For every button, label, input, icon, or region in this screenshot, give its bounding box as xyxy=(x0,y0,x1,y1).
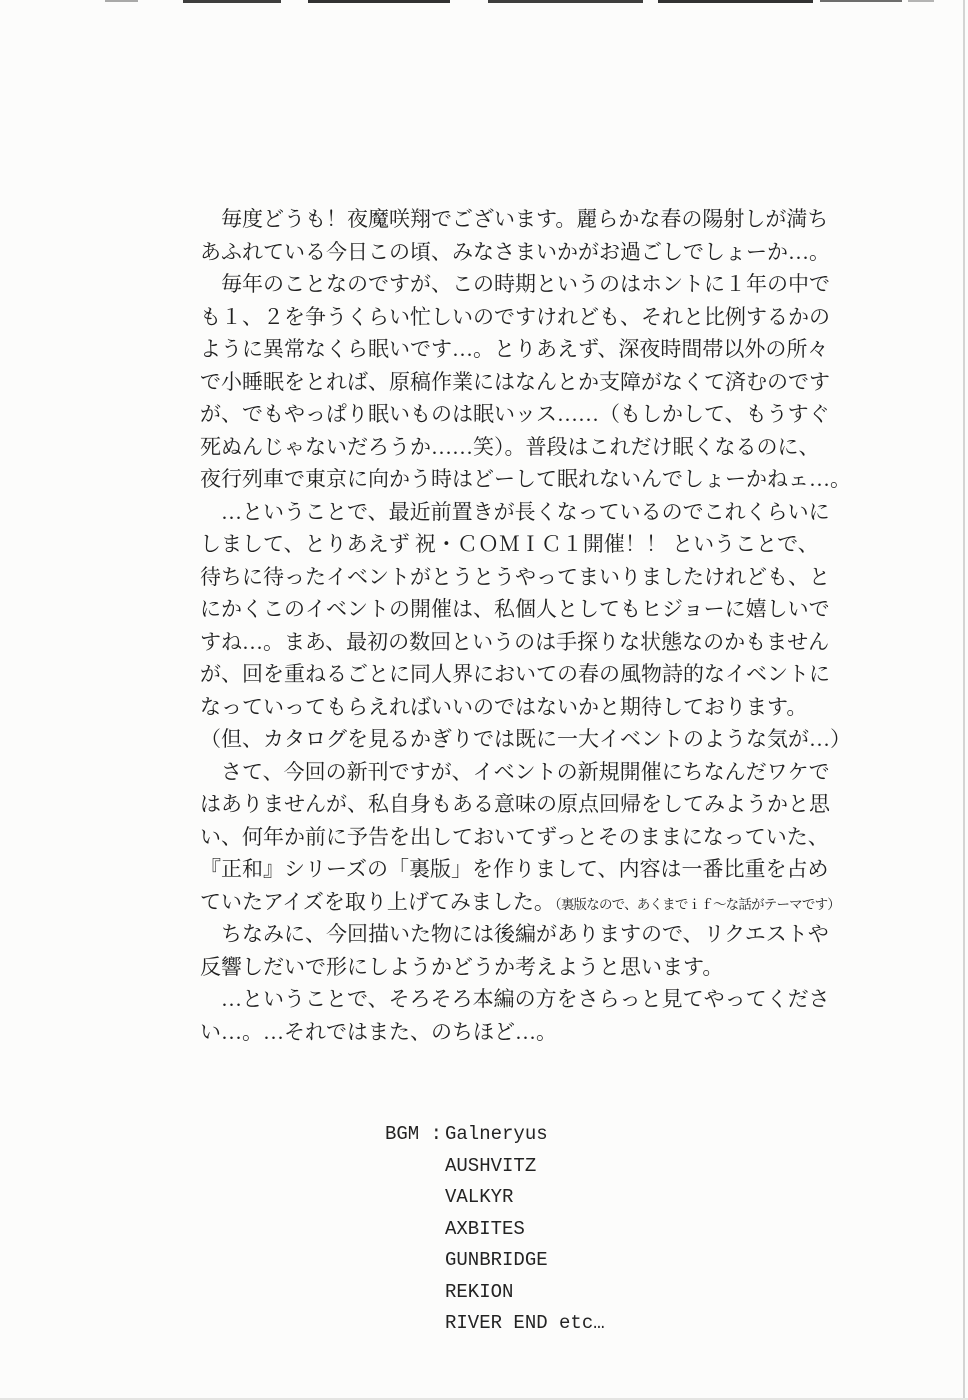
afterword-line-text: が、でもやっぱり眠いものは眠いッス……（もしかして、もうすぐ xyxy=(200,402,830,426)
scan-artifact-streak xyxy=(105,0,138,2)
afterword-line: が、でもやっぱり眠いものは眠いッス……（もしかして、もうすぐ xyxy=(200,398,880,431)
bgm-item: REKION xyxy=(445,1277,513,1309)
bgm-label-spacer xyxy=(385,1308,445,1340)
afterword-line-text: 夜行列車で東京に向かう時はどーして眠れないんでしょーかねェ…。 xyxy=(200,467,851,491)
afterword-line-text: ように異常なくら眠いです…。とりあえず、深夜時間帯以外の所々 xyxy=(200,337,828,361)
afterword-text-block: 毎度どうも！夜魔咲翔でございます。麗らかな春の陽射しが満ちあふれている今日この頃… xyxy=(200,203,880,1048)
scan-artifact-streak xyxy=(658,0,813,3)
afterword-line: い…。…それではまた、のちほど…。 xyxy=(200,1016,880,1049)
afterword-line: 毎年のことなのですが、この時期というのはホントに１年の中で xyxy=(200,268,880,301)
afterword-line: 『正和』シリーズの「裏版」を作りまして、内容は一番比重を占め xyxy=(200,853,880,886)
afterword-line-text: 反響しだいで形にしようかどうか考えようと思います。 xyxy=(200,955,723,979)
afterword-line-text: なっていってもらえればいいのではないかと期待しております。 xyxy=(200,695,807,719)
afterword-line: …ということで、最近前置きが長くなっているのでこれくらいに xyxy=(200,496,880,529)
afterword-line: あふれている今日この頃、みなさまいかがお過ごしでしょーか…。 xyxy=(200,236,880,269)
bgm-label: BGM : xyxy=(385,1119,445,1151)
afterword-line: 反響しだいで形にしようかどうか考えようと思います。 xyxy=(200,951,880,984)
afterword-line-text: はありませんが、私自身もある意味の原点回帰をしてみようかと思 xyxy=(200,792,830,816)
afterword-line-text: …ということで、そろそろ本編の方をさらっと見てやってくださ xyxy=(221,987,830,1011)
afterword-line-text: で小睡眠をとれば、原稿作業にはなんとか支障がなくて済むのです xyxy=(200,370,830,394)
bgm-item: GUNBRIDGE xyxy=(445,1245,548,1277)
bgm-item: VALKYR xyxy=(445,1182,513,1214)
afterword-line-text: にかくこのイベントの開催は、私個人としてもヒジョーに嬉しいで xyxy=(200,597,830,621)
afterword-line-text: い…。…それではまた、のちほど…。 xyxy=(200,1020,557,1044)
afterword-line-text: い、何年か前に予告を出しておいてずっとそのままになっていた、 xyxy=(200,825,829,849)
afterword-line: ちなみに、今回描いた物には後編がありますので、リクエストや xyxy=(200,918,880,951)
afterword-line-text: しまして、とりあえず 祝・ＣＯＭＩＣ１開催！！ ということで、 xyxy=(200,532,819,556)
afterword-line-text: 毎年のことなのですが、この時期というのはホントに１年の中で xyxy=(221,272,830,296)
afterword-small-note: （裏版なので、あくまでｉｆ～な話がテーマです） xyxy=(555,897,840,912)
afterword-line-text: 待ちに待ったイベントがとうとうやってまいりましたけれども、と xyxy=(200,565,830,589)
bgm-row: RIVER END etc… xyxy=(385,1308,605,1340)
afterword-line: ていたアイズを取り上げてみました。（裏版なので、あくまでｉｆ～な話がテーマです） xyxy=(200,886,880,919)
afterword-line: にかくこのイベントの開催は、私個人としてもヒジョーに嬉しいで xyxy=(200,593,880,626)
afterword-line: 毎度どうも！夜魔咲翔でございます。麗らかな春の陽射しが満ち xyxy=(200,203,880,236)
afterword-line: ように異常なくら眠いです…。とりあえず、深夜時間帯以外の所々 xyxy=(200,333,880,366)
afterword-line: …ということで、そろそろ本編の方をさらっと見てやってくださ xyxy=(200,983,880,1016)
bgm-item: AUSHVITZ xyxy=(445,1151,536,1183)
afterword-line: も１、２を争うくらい忙しいのですけれども、それと比例するかの xyxy=(200,301,880,334)
afterword-line: で小睡眠をとれば、原稿作業にはなんとか支障がなくて済むのです xyxy=(200,366,880,399)
scan-artifact-streak xyxy=(308,0,450,3)
afterword-line-text: が、回を重ねるごとに同人界においての春の風物詩的なイベントに xyxy=(200,662,830,686)
bgm-row: GUNBRIDGE xyxy=(385,1245,605,1277)
bgm-item: AXBITES xyxy=(445,1214,525,1246)
bgm-row: REKION xyxy=(385,1277,605,1309)
scan-artifact-streak xyxy=(820,0,902,2)
bgm-list: BGM :GalneryusAUSHVITZVALKYRAXBITESGUNBR… xyxy=(385,1119,605,1340)
bgm-item: Galneryus xyxy=(445,1119,548,1151)
afterword-line: しまして、とりあえず 祝・ＣＯＭＩＣ１開催！！ ということで、 xyxy=(200,528,880,561)
bgm-item: RIVER END etc… xyxy=(445,1308,605,1340)
bgm-row: AXBITES xyxy=(385,1214,605,1246)
bgm-row: BGM :Galneryus xyxy=(385,1119,605,1151)
bgm-label-spacer xyxy=(385,1182,445,1214)
bgm-row: AUSHVITZ xyxy=(385,1151,605,1183)
afterword-line-text: すね…。まあ、最初の数回というのは手探りな状態なのかもません xyxy=(200,630,829,654)
afterword-line: すね…。まあ、最初の数回というのは手探りな状態なのかもません xyxy=(200,626,880,659)
bgm-label-spacer xyxy=(385,1214,445,1246)
afterword-line: はありませんが、私自身もある意味の原点回帰をしてみようかと思 xyxy=(200,788,880,821)
afterword-line: （但、カタログを見るかぎりでは既に一大イベントのような気が…） xyxy=(200,723,880,756)
scan-artifact-streak xyxy=(908,0,934,2)
afterword-line-text: 『正和』シリーズの「裏版」を作りまして、内容は一番比重を占め xyxy=(200,857,829,881)
bgm-label-spacer xyxy=(385,1277,445,1309)
afterword-line-text: 毎度どうも！夜魔咲翔でございます。麗らかな春の陽射しが満ち xyxy=(221,207,828,231)
afterword-line-text: も１、２を争うくらい忙しいのですけれども、それと比例するかの xyxy=(200,305,830,329)
afterword-line: 死ぬんじゃないだろうか……笑）。普段はこれだけ眠くなるのに、 xyxy=(200,431,880,464)
afterword-line: い、何年か前に予告を出しておいてずっとそのままになっていた、 xyxy=(200,821,880,854)
afterword-line: 夜行列車で東京に向かう時はどーして眠れないんでしょーかねェ…。 xyxy=(200,463,880,496)
scan-edge-line-right xyxy=(963,0,965,1400)
bgm-label-spacer xyxy=(385,1245,445,1277)
scanned-page: 毎度どうも！夜魔咲翔でございます。麗らかな春の陽射しが満ちあふれている今日この頃… xyxy=(0,0,968,1400)
afterword-line-text: …ということで、最近前置きが長くなっているのでこれくらいに xyxy=(221,500,830,524)
bgm-label-spacer xyxy=(385,1151,445,1183)
afterword-line-text: あふれている今日この頃、みなさまいかがお過ごしでしょーか…。 xyxy=(200,240,830,264)
afterword-line-text: 死ぬんじゃないだろうか……笑）。普段はこれだけ眠くなるのに、 xyxy=(200,435,820,459)
afterword-line: 待ちに待ったイベントがとうとうやってまいりましたけれども、と xyxy=(200,561,880,594)
scan-artifact-streak xyxy=(488,0,643,3)
afterword-line-text: ちなみに、今回描いた物には後編がありますので、リクエストや xyxy=(221,922,829,946)
scan-artifact-streak xyxy=(183,0,281,3)
afterword-line: さて、今回の新刊ですが、イベントの新規開催にちなんだワケで xyxy=(200,756,880,789)
afterword-line-text: ていたアイズを取り上げてみました。 xyxy=(200,890,555,914)
bgm-row: VALKYR xyxy=(385,1182,605,1214)
afterword-line-text: （但、カタログを見るかぎりでは既に一大イベントのような気が…） xyxy=(200,727,851,751)
afterword-line: が、回を重ねるごとに同人界においての春の風物詩的なイベントに xyxy=(200,658,880,691)
afterword-line: なっていってもらえればいいのではないかと期待しております。 xyxy=(200,691,880,724)
afterword-line-text: さて、今回の新刊ですが、イベントの新規開催にちなんだワケで xyxy=(221,760,830,784)
